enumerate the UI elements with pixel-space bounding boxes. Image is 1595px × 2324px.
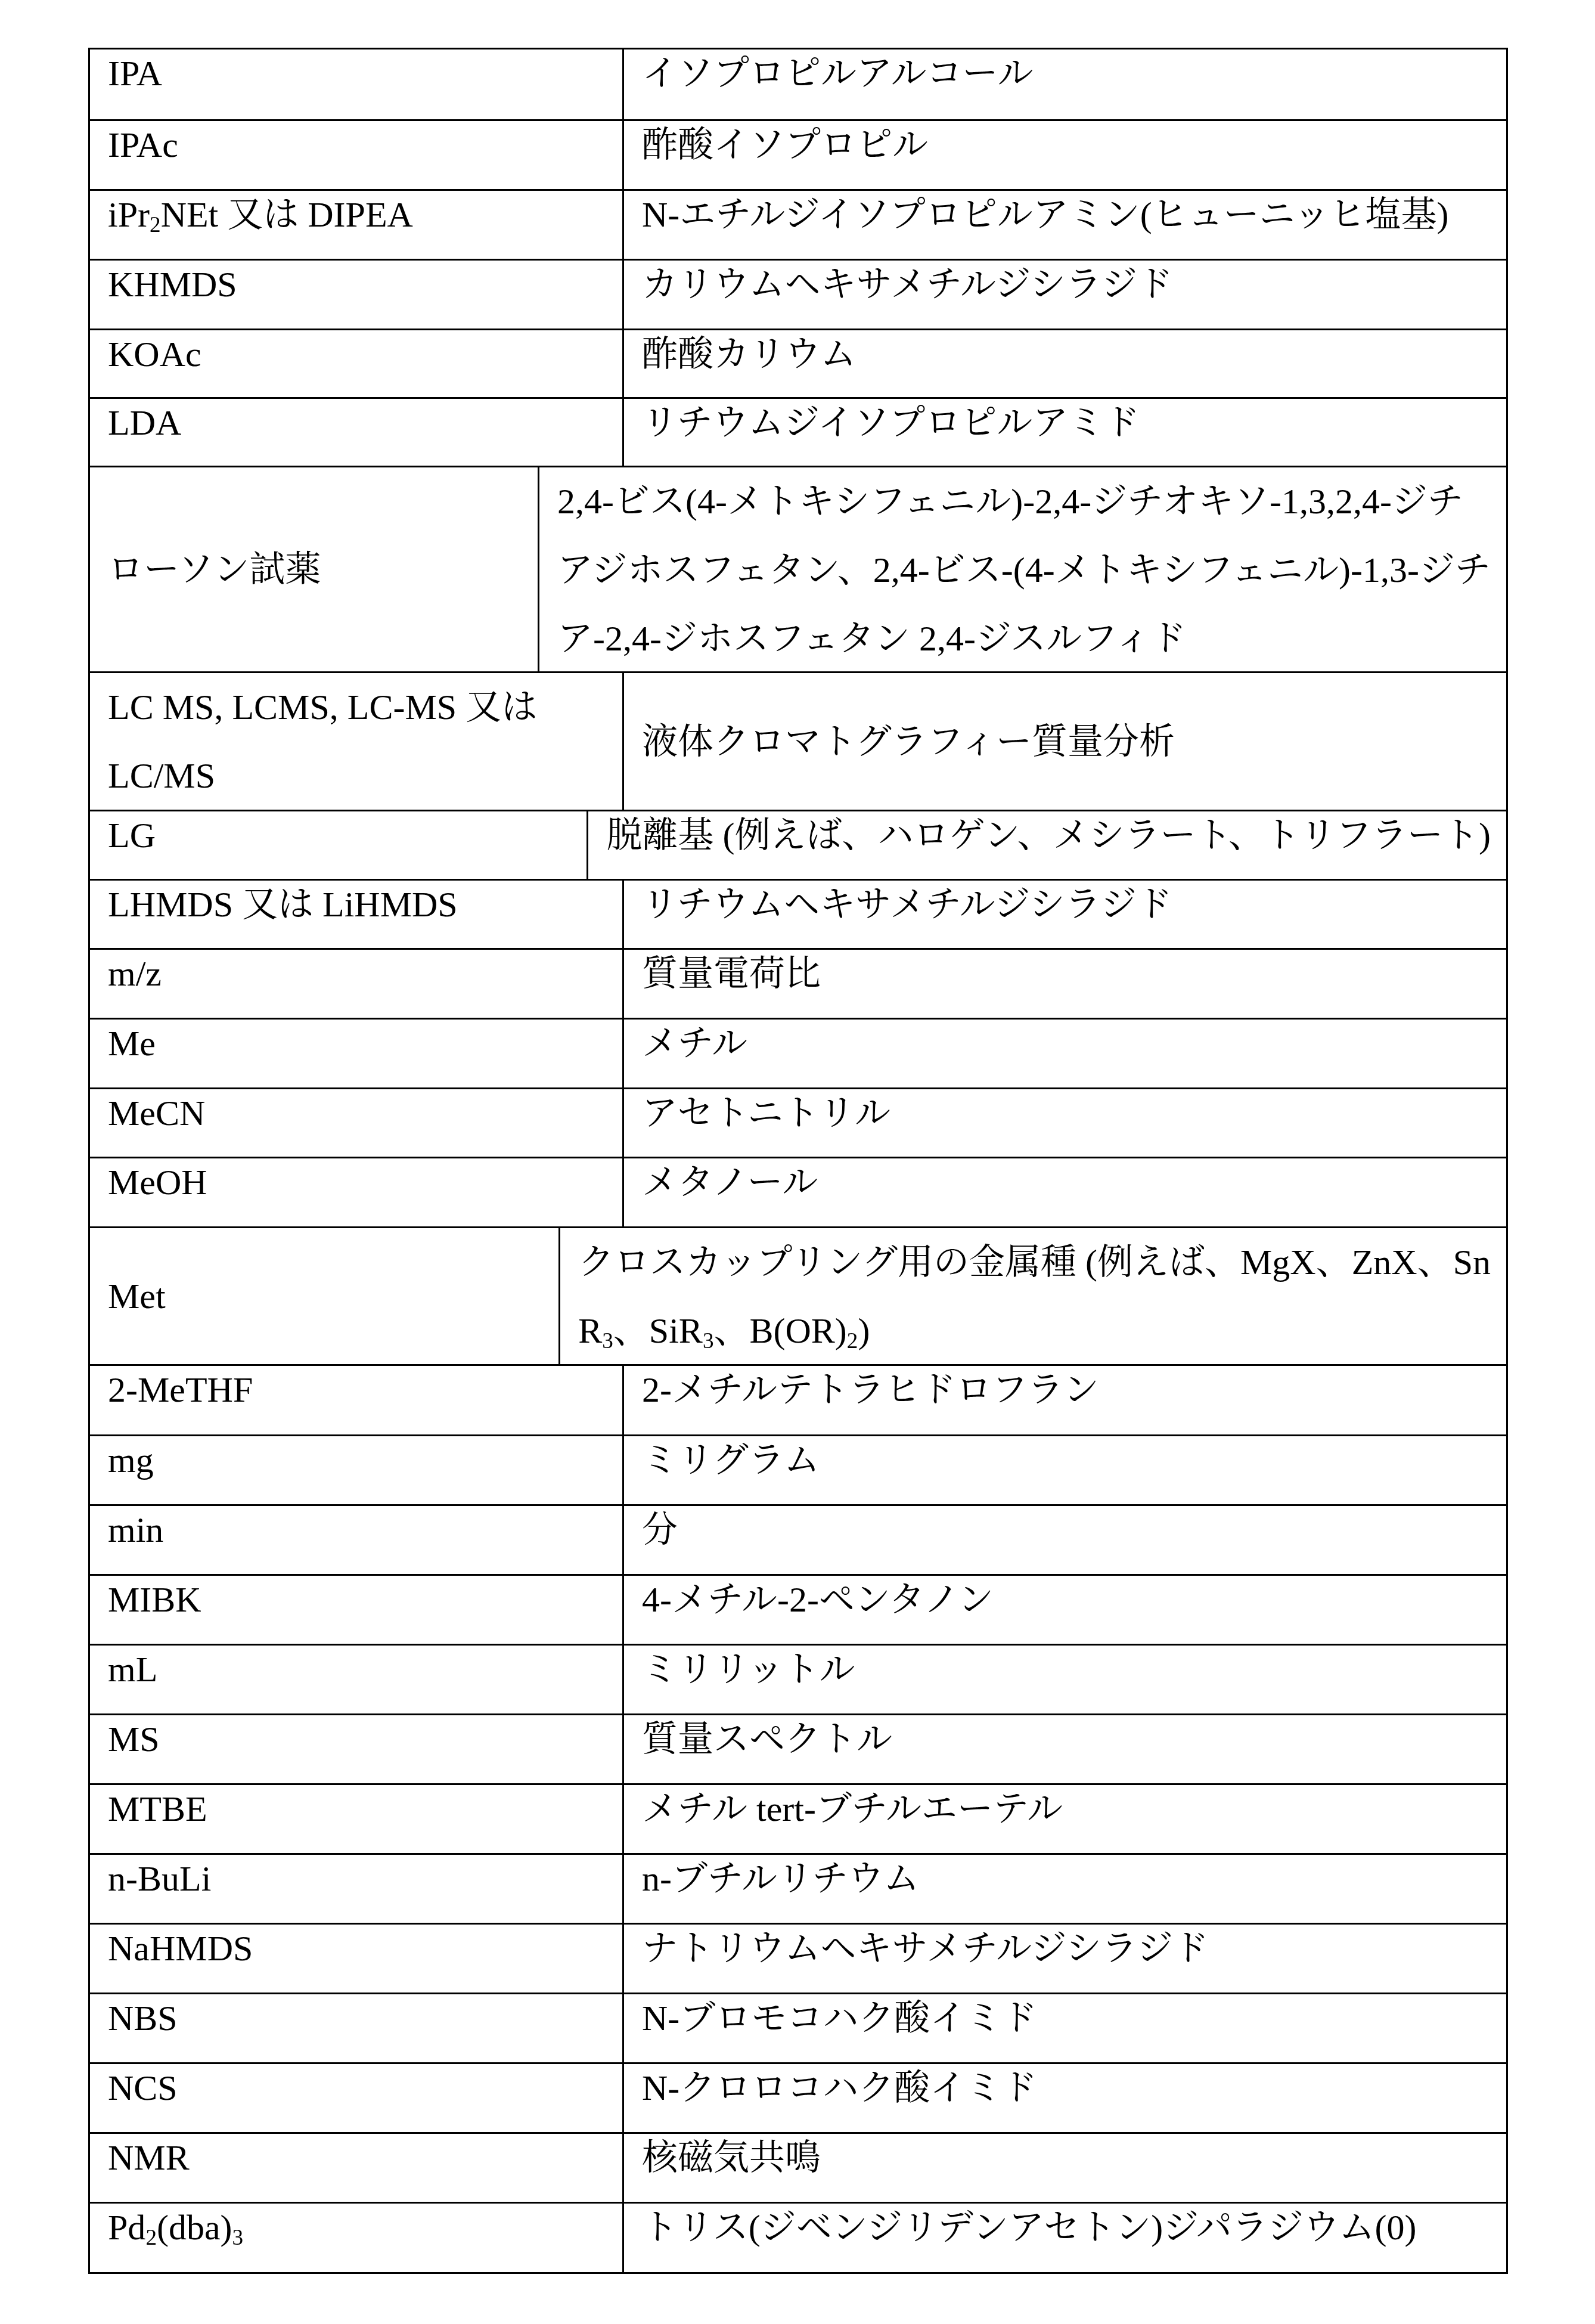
meaning-text: 脱離基 (例えば、ハロゲン、メシラート、トリフラート) <box>606 811 1491 859</box>
abbreviation-cell: Pd2(dba)3 <box>90 2204 624 2272</box>
meaning-text: N-ブロモコハク酸イミド <box>642 1994 1491 2042</box>
abbreviation-cell: NBS <box>90 1994 624 2062</box>
meaning-text: 酢酸イソプロピル <box>642 121 1491 169</box>
abbreviation-text: MeOH <box>108 1158 607 1206</box>
meaning-cell: 質量スペクトル <box>624 1715 1506 1783</box>
abbreviation-text: n-BuLi <box>108 1855 607 1902</box>
meaning-cell: 液体クロマトグラフィー質量分析 <box>624 673 1506 810</box>
meaning-text: 質量スペクトル <box>642 1715 1491 1763</box>
abbreviation-cell: NMR <box>90 2134 624 2202</box>
meaning-cell: ミリグラム <box>624 1436 1506 1504</box>
meaning-text: N-クロロコハク酸イミド <box>642 2064 1491 2112</box>
table-row: MIBK 4-メチル-2-ペンタノン <box>90 1574 1506 1644</box>
abbreviation-cell: MTBE <box>90 1785 624 1853</box>
meaning-text: 分 <box>642 1506 1491 1554</box>
abbreviation-text: NBS <box>108 1994 607 2042</box>
meaning-cell: アセトニトリル <box>624 1089 1506 1157</box>
table-row: LC MS, LCMS, LC-MS 又は LC/MS 液体クロマトグラフィー質… <box>90 671 1506 810</box>
table-row: NMR 核磁気共鳴 <box>90 2132 1506 2202</box>
abbreviation-cell: LG <box>90 811 588 879</box>
abbreviation-text: Pd2(dba)3 <box>108 2204 607 2251</box>
abbreviation-text: MIBK <box>108 1576 607 1623</box>
table-row: 2-MeTHF 2-メチルテトラヒドロフラン <box>90 1364 1506 1434</box>
abbreviation-text: IPA <box>108 49 607 97</box>
meaning-cell: イソプロピルアルコール <box>624 49 1506 119</box>
abbreviation-text: LG <box>108 811 571 859</box>
abbreviation-text: mg <box>108 1436 607 1484</box>
abbreviation-text: KOAc <box>108 330 607 378</box>
abbreviation-cell: mg <box>90 1436 624 1504</box>
meaning-text: ミリグラム <box>642 1436 1491 1484</box>
meaning-cell: 質量電荷比 <box>624 950 1506 1018</box>
meaning-cell: 分 <box>624 1506 1506 1574</box>
meaning-text: 質量電荷比 <box>642 950 1491 997</box>
meaning-text: N-エチルジイソプロピルアミン(ヒューニッヒ塩基) <box>642 191 1491 238</box>
meaning-cell: 酢酸イソプロピル <box>624 121 1506 189</box>
meaning-text: メタノール <box>642 1158 1491 1206</box>
table-row: KOAc 酢酸カリウム <box>90 329 1506 397</box>
abbreviation-cell: Me <box>90 1020 624 1087</box>
meaning-cell: N-エチルジイソプロピルアミン(ヒューニッヒ塩基) <box>624 191 1506 259</box>
table-row: NaHMDS ナトリウムヘキサメチルジシラジド <box>90 1923 1506 1993</box>
table-row: MeOH メタノール <box>90 1157 1506 1226</box>
meaning-cell: メチル <box>624 1020 1506 1087</box>
meaning-text: リチウムジイソプロピルアミド <box>642 399 1491 447</box>
table-row: KHMDS カリウムヘキサメチルジシラジド <box>90 259 1506 329</box>
meaning-text: n-ブチルリチウム <box>642 1855 1491 1902</box>
table-row: LG 脱離基 (例えば、ハロゲン、メシラート、トリフラート) <box>90 810 1506 879</box>
meaning-cell: メタノール <box>624 1158 1506 1226</box>
abbreviation-cell: MeCN <box>90 1089 624 1157</box>
abbreviation-text-line-2: LC/MS <box>108 742 607 810</box>
table-row: mL ミリリットル <box>90 1644 1506 1713</box>
abbreviation-text: KHMDS <box>108 261 607 308</box>
meaning-cell: 2,4-ビス(4-メトキシフェニル)-2,4-ジチオキソ-1,3,2,4-ジチ … <box>539 467 1506 671</box>
table-row: LDA リチウムジイソプロピルアミド <box>90 397 1506 466</box>
abbreviation-cell: NCS <box>90 2064 624 2132</box>
table-row: min 分 <box>90 1504 1506 1574</box>
meaning-text: メチル <box>642 1020 1491 1067</box>
meaning-text: アセトニトリル <box>642 1089 1491 1137</box>
abbreviation-text: MS <box>108 1715 607 1763</box>
abbreviation-text: NaHMDS <box>108 1925 607 1972</box>
table-row: IPA イソプロピルアルコール <box>90 49 1506 119</box>
meaning-text-line-2: R3、SiR3、B(OR)2) <box>578 1297 1491 1365</box>
abbreviation-text: Me <box>108 1020 607 1067</box>
abbreviation-text: NMR <box>108 2134 607 2182</box>
meaning-cell: クロスカップリング用の金属種 (例えば、MgX、ZnX、Sn R3、SiR3、B… <box>560 1228 1506 1364</box>
table-row: Met クロスカップリング用の金属種 (例えば、MgX、ZnX、Sn R3、Si… <box>90 1226 1506 1364</box>
abbreviation-cell: min <box>90 1506 624 1574</box>
table-row: mg ミリグラム <box>90 1434 1506 1504</box>
abbreviation-cell: m/z <box>90 950 624 1018</box>
table-row: NBS N-ブロモコハク酸イミド <box>90 1993 1506 2062</box>
meaning-cell: 核磁気共鳴 <box>624 2134 1506 2202</box>
meaning-text-line-2: アジホスフェタン、2,4-ビス-(4-メトキシフェニル)-1,3-ジチ <box>557 536 1491 605</box>
abbreviation-text: LDA <box>108 399 607 447</box>
meaning-cell: リチウムジイソプロピルアミド <box>624 399 1506 466</box>
abbreviation-text: NCS <box>108 2064 607 2112</box>
meaning-cell: トリス(ジベンジリデンアセトン)ジパラジウム(0) <box>624 2204 1506 2272</box>
abbreviation-text: min <box>108 1506 607 1554</box>
table-row: Me メチル <box>90 1018 1506 1087</box>
abbreviation-text: Met <box>108 1272 543 1320</box>
meaning-text: ミリリットル <box>642 1646 1491 1693</box>
abbreviation-text-line-1: LC MS, LCMS, LC-MS 又は <box>108 673 607 742</box>
meaning-text: ナトリウムヘキサメチルジシラジド <box>642 1925 1491 1972</box>
table-row: MTBE メチル tert-ブチルエーテル <box>90 1783 1506 1853</box>
meaning-cell: ナトリウムヘキサメチルジシラジド <box>624 1925 1506 1993</box>
meaning-text: 核磁気共鳴 <box>642 2134 1491 2182</box>
abbreviation-text: IPAc <box>108 121 607 169</box>
table-row: MeCN アセトニトリル <box>90 1087 1506 1157</box>
abbreviation-cell: n-BuLi <box>90 1855 624 1923</box>
meaning-cell: N-ブロモコハク酸イミド <box>624 1994 1506 2062</box>
meaning-cell: 2-メチルテトラヒドロフラン <box>624 1366 1506 1434</box>
abbreviation-cell: LC MS, LCMS, LC-MS 又は LC/MS <box>90 673 624 810</box>
abbreviation-cell: 2-MeTHF <box>90 1366 624 1434</box>
table-row: NCS N-クロロコハク酸イミド <box>90 2062 1506 2132</box>
meaning-text: リチウムヘキサメチルジシラジド <box>642 881 1491 928</box>
abbreviation-cell: IPA <box>90 49 624 119</box>
meaning-cell: リチウムヘキサメチルジシラジド <box>624 881 1506 948</box>
abbreviation-text: iPr2NEt 又は DIPEA <box>108 191 607 238</box>
abbreviation-cell: mL <box>90 1646 624 1713</box>
meaning-text: 液体クロマトグラフィー質量分析 <box>642 718 1491 766</box>
abbreviation-cell: Met <box>90 1228 560 1364</box>
meaning-text: カリウムヘキサメチルジシラジド <box>642 261 1491 308</box>
meaning-cell: 酢酸カリウム <box>624 330 1506 397</box>
meaning-cell: メチル tert-ブチルエーテル <box>624 1785 1506 1853</box>
table-row: n-BuLi n-ブチルリチウム <box>90 1853 1506 1923</box>
abbreviation-cell: MS <box>90 1715 624 1783</box>
meaning-text: 酢酸カリウム <box>642 330 1491 378</box>
abbreviation-text: LHMDS 又は LiHMDS <box>108 881 607 928</box>
abbreviation-text: 2-MeTHF <box>108 1366 607 1414</box>
abbreviation-cell: KHMDS <box>90 261 624 329</box>
abbreviation-text: m/z <box>108 950 607 997</box>
abbreviation-cell: LDA <box>90 399 624 466</box>
abbreviation-table: IPA イソプロピルアルコール IPAc 酢酸イソプロピル iPr2NEt 又は… <box>88 48 1508 2274</box>
abbreviation-cell: KOAc <box>90 330 624 397</box>
table-row: Pd2(dba)3 トリス(ジベンジリデンアセトン)ジパラジウム(0) <box>90 2202 1506 2272</box>
meaning-text: メチル tert-ブチルエーテル <box>642 1785 1491 1833</box>
abbreviation-text: MeCN <box>108 1089 607 1137</box>
table-row: m/z 質量電荷比 <box>90 948 1506 1018</box>
meaning-text: トリス(ジベンジリデンアセトン)ジパラジウム(0) <box>642 2204 1491 2251</box>
meaning-cell: ミリリットル <box>624 1646 1506 1713</box>
table-row: MS 質量スペクトル <box>90 1713 1506 1783</box>
meaning-text: 4-メチル-2-ペンタノン <box>642 1576 1491 1623</box>
meaning-cell: n-ブチルリチウム <box>624 1855 1506 1923</box>
abbreviation-cell: ローソン試薬 <box>90 467 539 671</box>
table-row: ローソン試薬 2,4-ビス(4-メトキシフェニル)-2,4-ジチオキソ-1,3,… <box>90 466 1506 671</box>
abbreviation-text: ローソン試薬 <box>108 546 522 593</box>
meaning-cell: 脱離基 (例えば、ハロゲン、メシラート、トリフラート) <box>588 811 1506 879</box>
abbreviation-cell: MeOH <box>90 1158 624 1226</box>
meaning-cell: カリウムヘキサメチルジシラジド <box>624 261 1506 329</box>
abbreviation-cell: NaHMDS <box>90 1925 624 1993</box>
table-row: iPr2NEt 又は DIPEA N-エチルジイソプロピルアミン(ヒューニッヒ塩… <box>90 189 1506 259</box>
table-row: LHMDS 又は LiHMDS リチウムヘキサメチルジシラジド <box>90 879 1506 948</box>
abbreviation-cell: MIBK <box>90 1576 624 1644</box>
meaning-text-line-1: 2,4-ビス(4-メトキシフェニル)-2,4-ジチオキソ-1,3,2,4-ジチ <box>557 467 1491 536</box>
abbreviation-cell: IPAc <box>90 121 624 189</box>
abbreviation-text: MTBE <box>108 1785 607 1833</box>
meaning-text: 2-メチルテトラヒドロフラン <box>642 1366 1491 1414</box>
meaning-text: イソプロピルアルコール <box>642 49 1491 97</box>
abbreviation-cell: LHMDS 又は LiHMDS <box>90 881 624 948</box>
meaning-cell: N-クロロコハク酸イミド <box>624 2064 1506 2132</box>
meaning-cell: 4-メチル-2-ペンタノン <box>624 1576 1506 1644</box>
abbreviation-cell: iPr2NEt 又は DIPEA <box>90 191 624 259</box>
meaning-text-line-3: ア-2,4-ジホスフェタン 2,4-ジスルフィド <box>557 605 1491 673</box>
abbreviation-text: mL <box>108 1646 607 1693</box>
meaning-text-line-1: クロスカップリング用の金属種 (例えば、MgX、ZnX、Sn <box>578 1228 1491 1297</box>
table-row: IPAc 酢酸イソプロピル <box>90 119 1506 189</box>
